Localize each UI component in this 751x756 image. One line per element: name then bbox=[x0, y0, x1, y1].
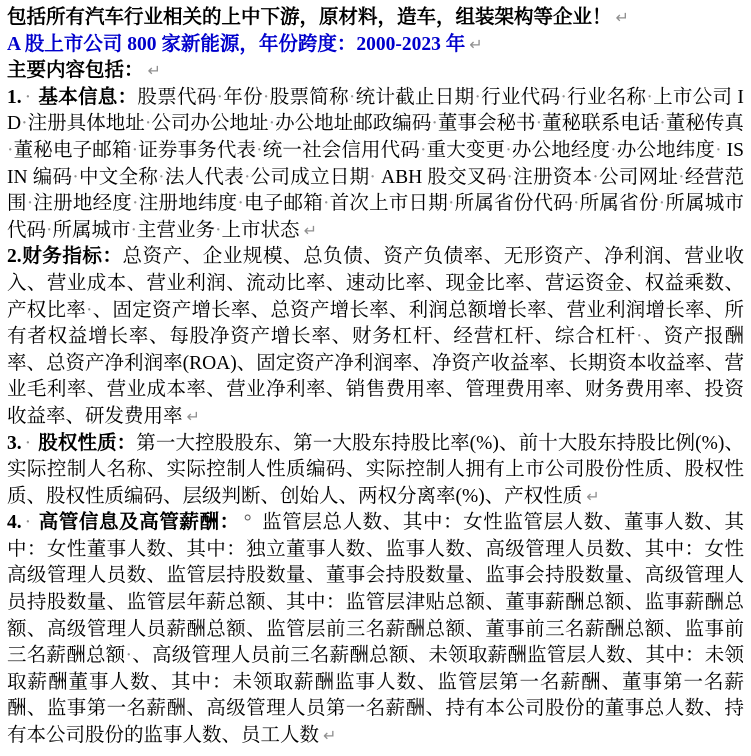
space-dot-icon: · bbox=[22, 512, 39, 533]
return-mark-icon: ↵ bbox=[582, 487, 599, 506]
return-mark-icon: ↵ bbox=[465, 35, 482, 54]
section-heading: 股权性质： bbox=[38, 433, 136, 454]
contents-heading: 主要内容包括：↵ bbox=[7, 58, 744, 85]
return-mark-icon: ↵ bbox=[144, 61, 161, 80]
section-body: 监管层总人数、其中：女性监管层人数、董事人数、其中：女性董事人数、其中：独立董事… bbox=[7, 512, 744, 746]
degree-mark-icon: ° bbox=[240, 512, 262, 533]
intro-text: 包括所有汽车行业相关的上中下游，原材料，造车，组装架构等企业！ bbox=[7, 7, 612, 28]
section-financial-indicators: 2.财务指标：总资产、企业规模、总负债、资产负债率、无形资产、净利润、营业收入、… bbox=[7, 244, 744, 430]
return-mark-icon: ↵ bbox=[319, 726, 336, 745]
subtitle-text: A 股上市公司 800 家新能源，年份跨度：2000-2023 年 bbox=[7, 34, 465, 55]
section-number: 1. bbox=[7, 87, 22, 108]
space-dot-icon: · bbox=[22, 433, 39, 454]
section-heading: 高管信息及高管薪酬： bbox=[38, 512, 240, 533]
section-equity-nature: 3.·股权性质：第一大控股股东、第一大股东持股比率(%)、前十大股东持股比例(%… bbox=[7, 431, 744, 511]
return-mark-icon: ↵ bbox=[300, 221, 317, 240]
return-mark-icon: ↵ bbox=[612, 8, 629, 27]
return-mark-icon: ↵ bbox=[183, 407, 200, 426]
section-executives-compensation: 4.·高管信息及高管薪酬：°监管层总人数、其中：女性监管层人数、董事人数、其中：… bbox=[7, 510, 744, 749]
space-dot-icon: · bbox=[22, 87, 39, 108]
subtitle-line: A 股上市公司 800 家新能源，年份跨度：2000-2023 年↵ bbox=[7, 32, 744, 59]
section-basic-info: 1.·基本信息：股票代码·年份·股票简称·统计截止日期·行业代码·行业名称·上市… bbox=[7, 85, 744, 245]
section-body: 总资产、企业规模、总负债、资产负债率、无形资产、净利润、营业收入、营业成本、营业… bbox=[7, 246, 744, 427]
intro-line: 包括所有汽车行业相关的上中下游，原材料，造车，组装架构等企业！↵ bbox=[7, 5, 744, 32]
section-number: 4. bbox=[7, 512, 22, 533]
section-number: 3. bbox=[7, 433, 22, 454]
section-number: 2. bbox=[7, 246, 22, 267]
section-body: 股票代码·年份·股票简称·统计截止日期·行业代码·行业名称·上市公司 ID·注册… bbox=[7, 87, 744, 241]
document-page: 包括所有汽车行业相关的上中下游，原材料，造车，组装架构等企业！↵ A 股上市公司… bbox=[0, 0, 751, 756]
section-heading: 财务指标： bbox=[22, 246, 123, 267]
section-heading: 基本信息： bbox=[38, 87, 137, 108]
contents-heading-text: 主要内容包括： bbox=[7, 60, 144, 81]
